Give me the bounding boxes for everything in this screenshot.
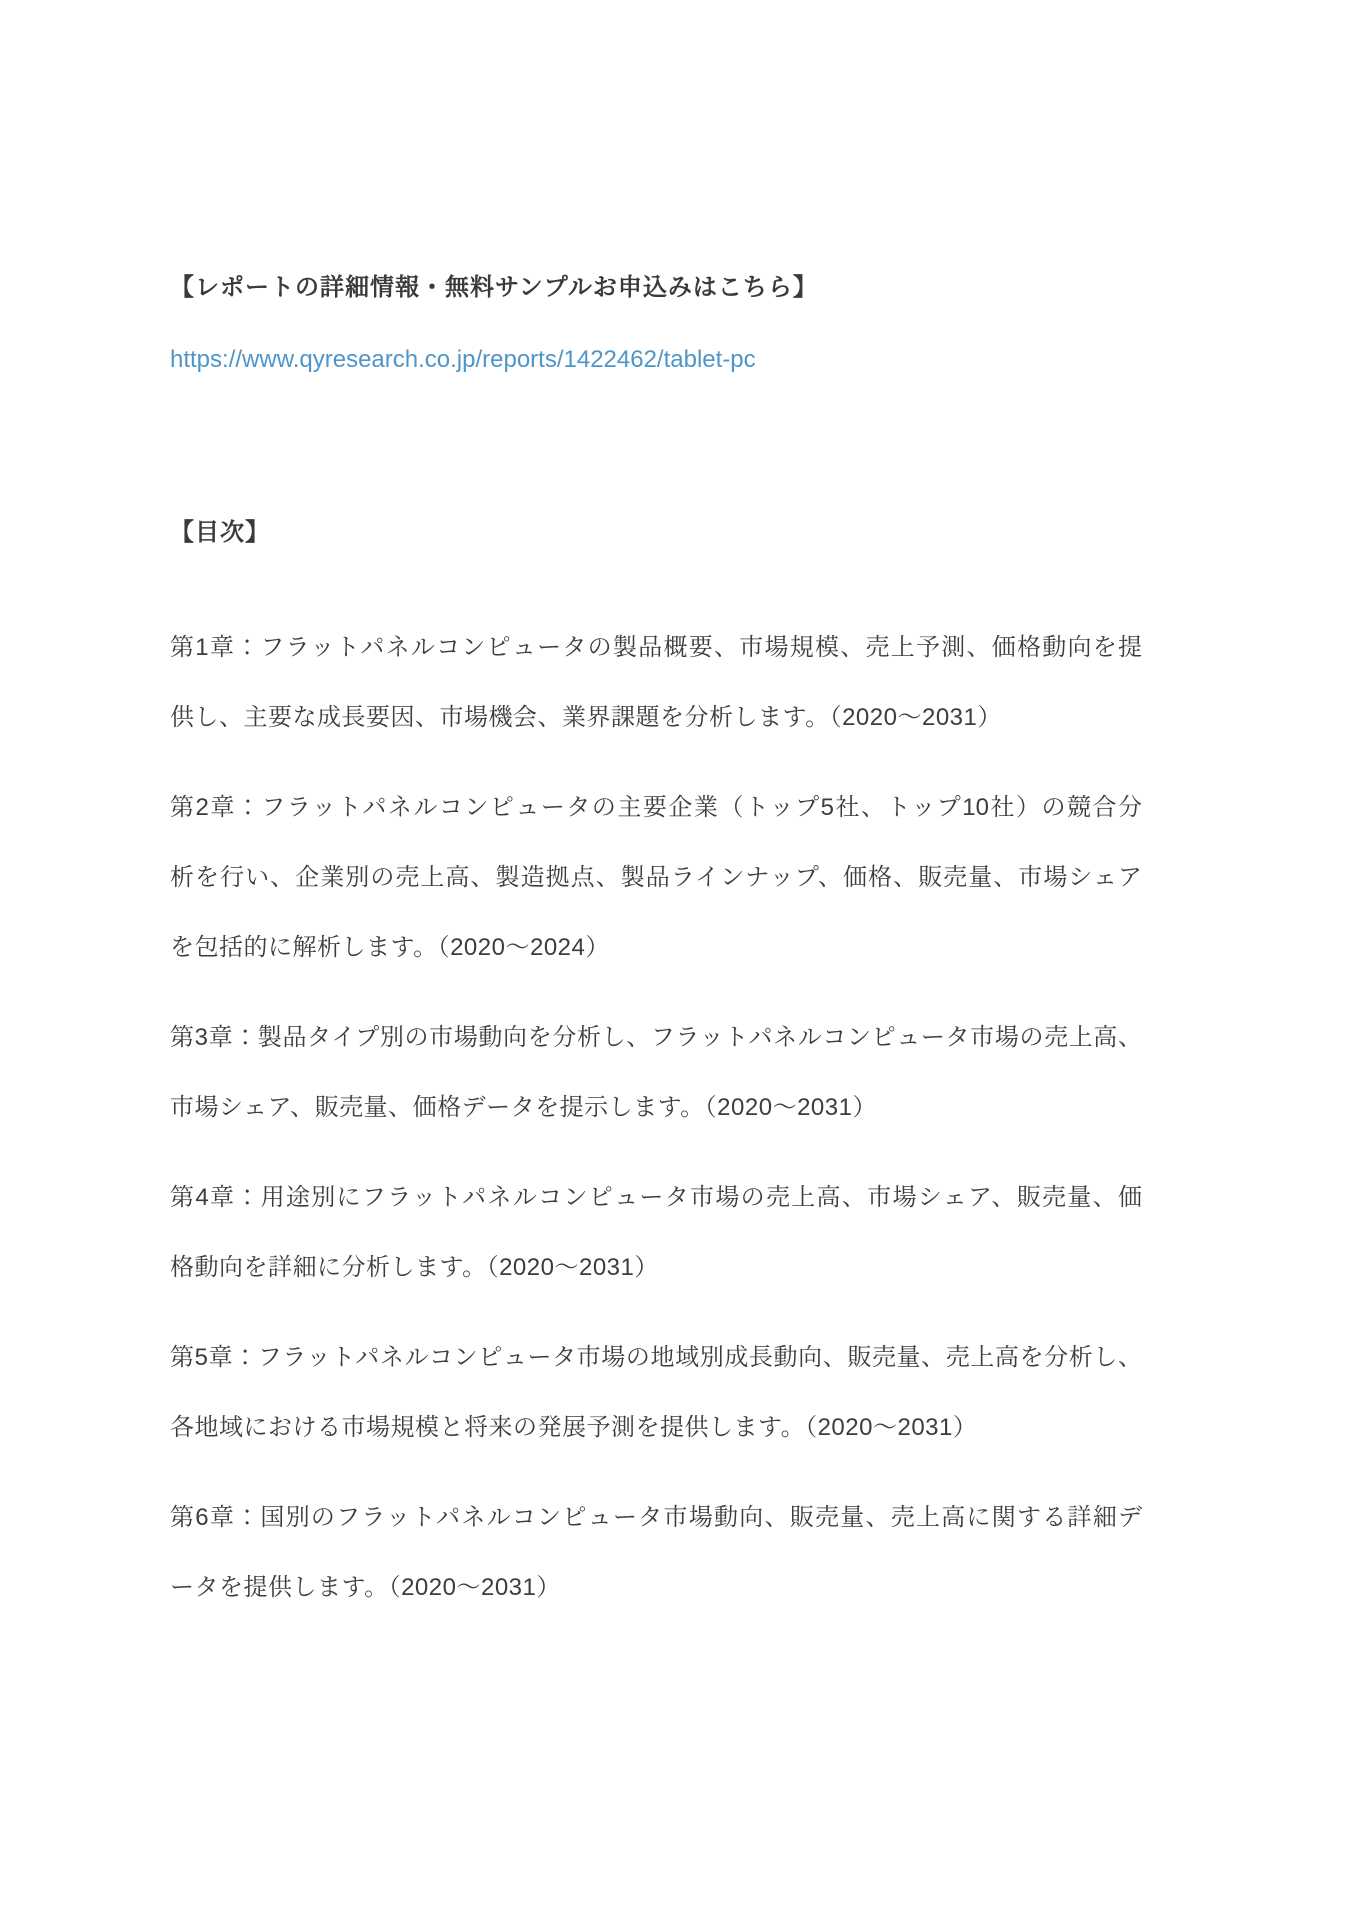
toc-chapter-4: 第4章：用途別にフラットパネルコンピュータ市場の売上高、市場シェア、販売量、価 … bbox=[170, 1163, 1142, 1303]
toc-chapter-5: 第5章：フラットパネルコンピュータ市場の地域別成長動向、販売量、売上高を分析し、… bbox=[170, 1323, 1142, 1463]
toc-chapter-2: 第2章：フラットパネルコンピュータの主要企業（トップ5社、トップ10社）の競合分… bbox=[170, 773, 1142, 983]
text-line: 第2章：フラットパネルコンピュータの主要企業（トップ5社、トップ10社）の競合分 bbox=[170, 773, 1142, 843]
text-line: 析を行い、企業別の売上高、製造拠点、製品ラインナップ、価格、販売量、市場シェア bbox=[170, 843, 1142, 913]
text-line: を包括的に解析します。（2020〜2024） bbox=[170, 913, 1142, 983]
toc-chapter-1: 第1章：フラットパネルコンピュータの製品概要、市場規模、売上予測、価格動向を提 … bbox=[170, 613, 1142, 753]
report-url-link[interactable]: https://www.qyresearch.co.jp/reports/142… bbox=[170, 338, 1142, 382]
toc-heading: 【目次】 bbox=[170, 511, 1142, 555]
toc-chapter-6: 第6章：国別のフラットパネルコンピュータ市場動向、販売量、売上高に関する詳細デ … bbox=[170, 1483, 1142, 1623]
text-line: 第4章：用途別にフラットパネルコンピュータ市場の売上高、市場シェア、販売量、価 bbox=[170, 1163, 1142, 1233]
text-line: 第6章：国別のフラットパネルコンピュータ市場動向、販売量、売上高に関する詳細デ bbox=[170, 1483, 1142, 1553]
document-page: 【レポートの詳細情報・無料サンプルお申込みはこちら】 https://www.q… bbox=[0, 0, 1358, 1920]
toc-chapter-3: 第3章：製品タイプ別の市場動向を分析し、フラットパネルコンピュータ市場の売上高、… bbox=[170, 1003, 1142, 1143]
text-line: ータを提供します。（2020〜2031） bbox=[170, 1553, 1142, 1623]
text-line: 第5章：フラットパネルコンピュータ市場の地域別成長動向、販売量、売上高を分析し、 bbox=[170, 1323, 1142, 1393]
text-line: 格動向を詳細に分析します。（2020〜2031） bbox=[170, 1233, 1142, 1303]
text-line: 第1章：フラットパネルコンピュータの製品概要、市場規模、売上予測、価格動向を提 bbox=[170, 613, 1142, 683]
report-cta-heading: 【レポートの詳細情報・無料サンプルお申込みはこちら】 bbox=[170, 266, 1142, 310]
text-line: 各地域における市場規模と将来の発展予測を提供します。（2020〜2031） bbox=[170, 1393, 1142, 1463]
page-content: 【レポートの詳細情報・無料サンプルお申込みはこちら】 https://www.q… bbox=[170, 0, 1142, 1623]
text-line: 市場シェア、販売量、価格データを提示します。（2020〜2031） bbox=[170, 1073, 1142, 1143]
text-line: 第3章：製品タイプ別の市場動向を分析し、フラットパネルコンピュータ市場の売上高、 bbox=[170, 1003, 1142, 1073]
text-line: 供し、主要な成長要因、市場機会、業界課題を分析します。（2020〜2031） bbox=[170, 683, 1142, 753]
